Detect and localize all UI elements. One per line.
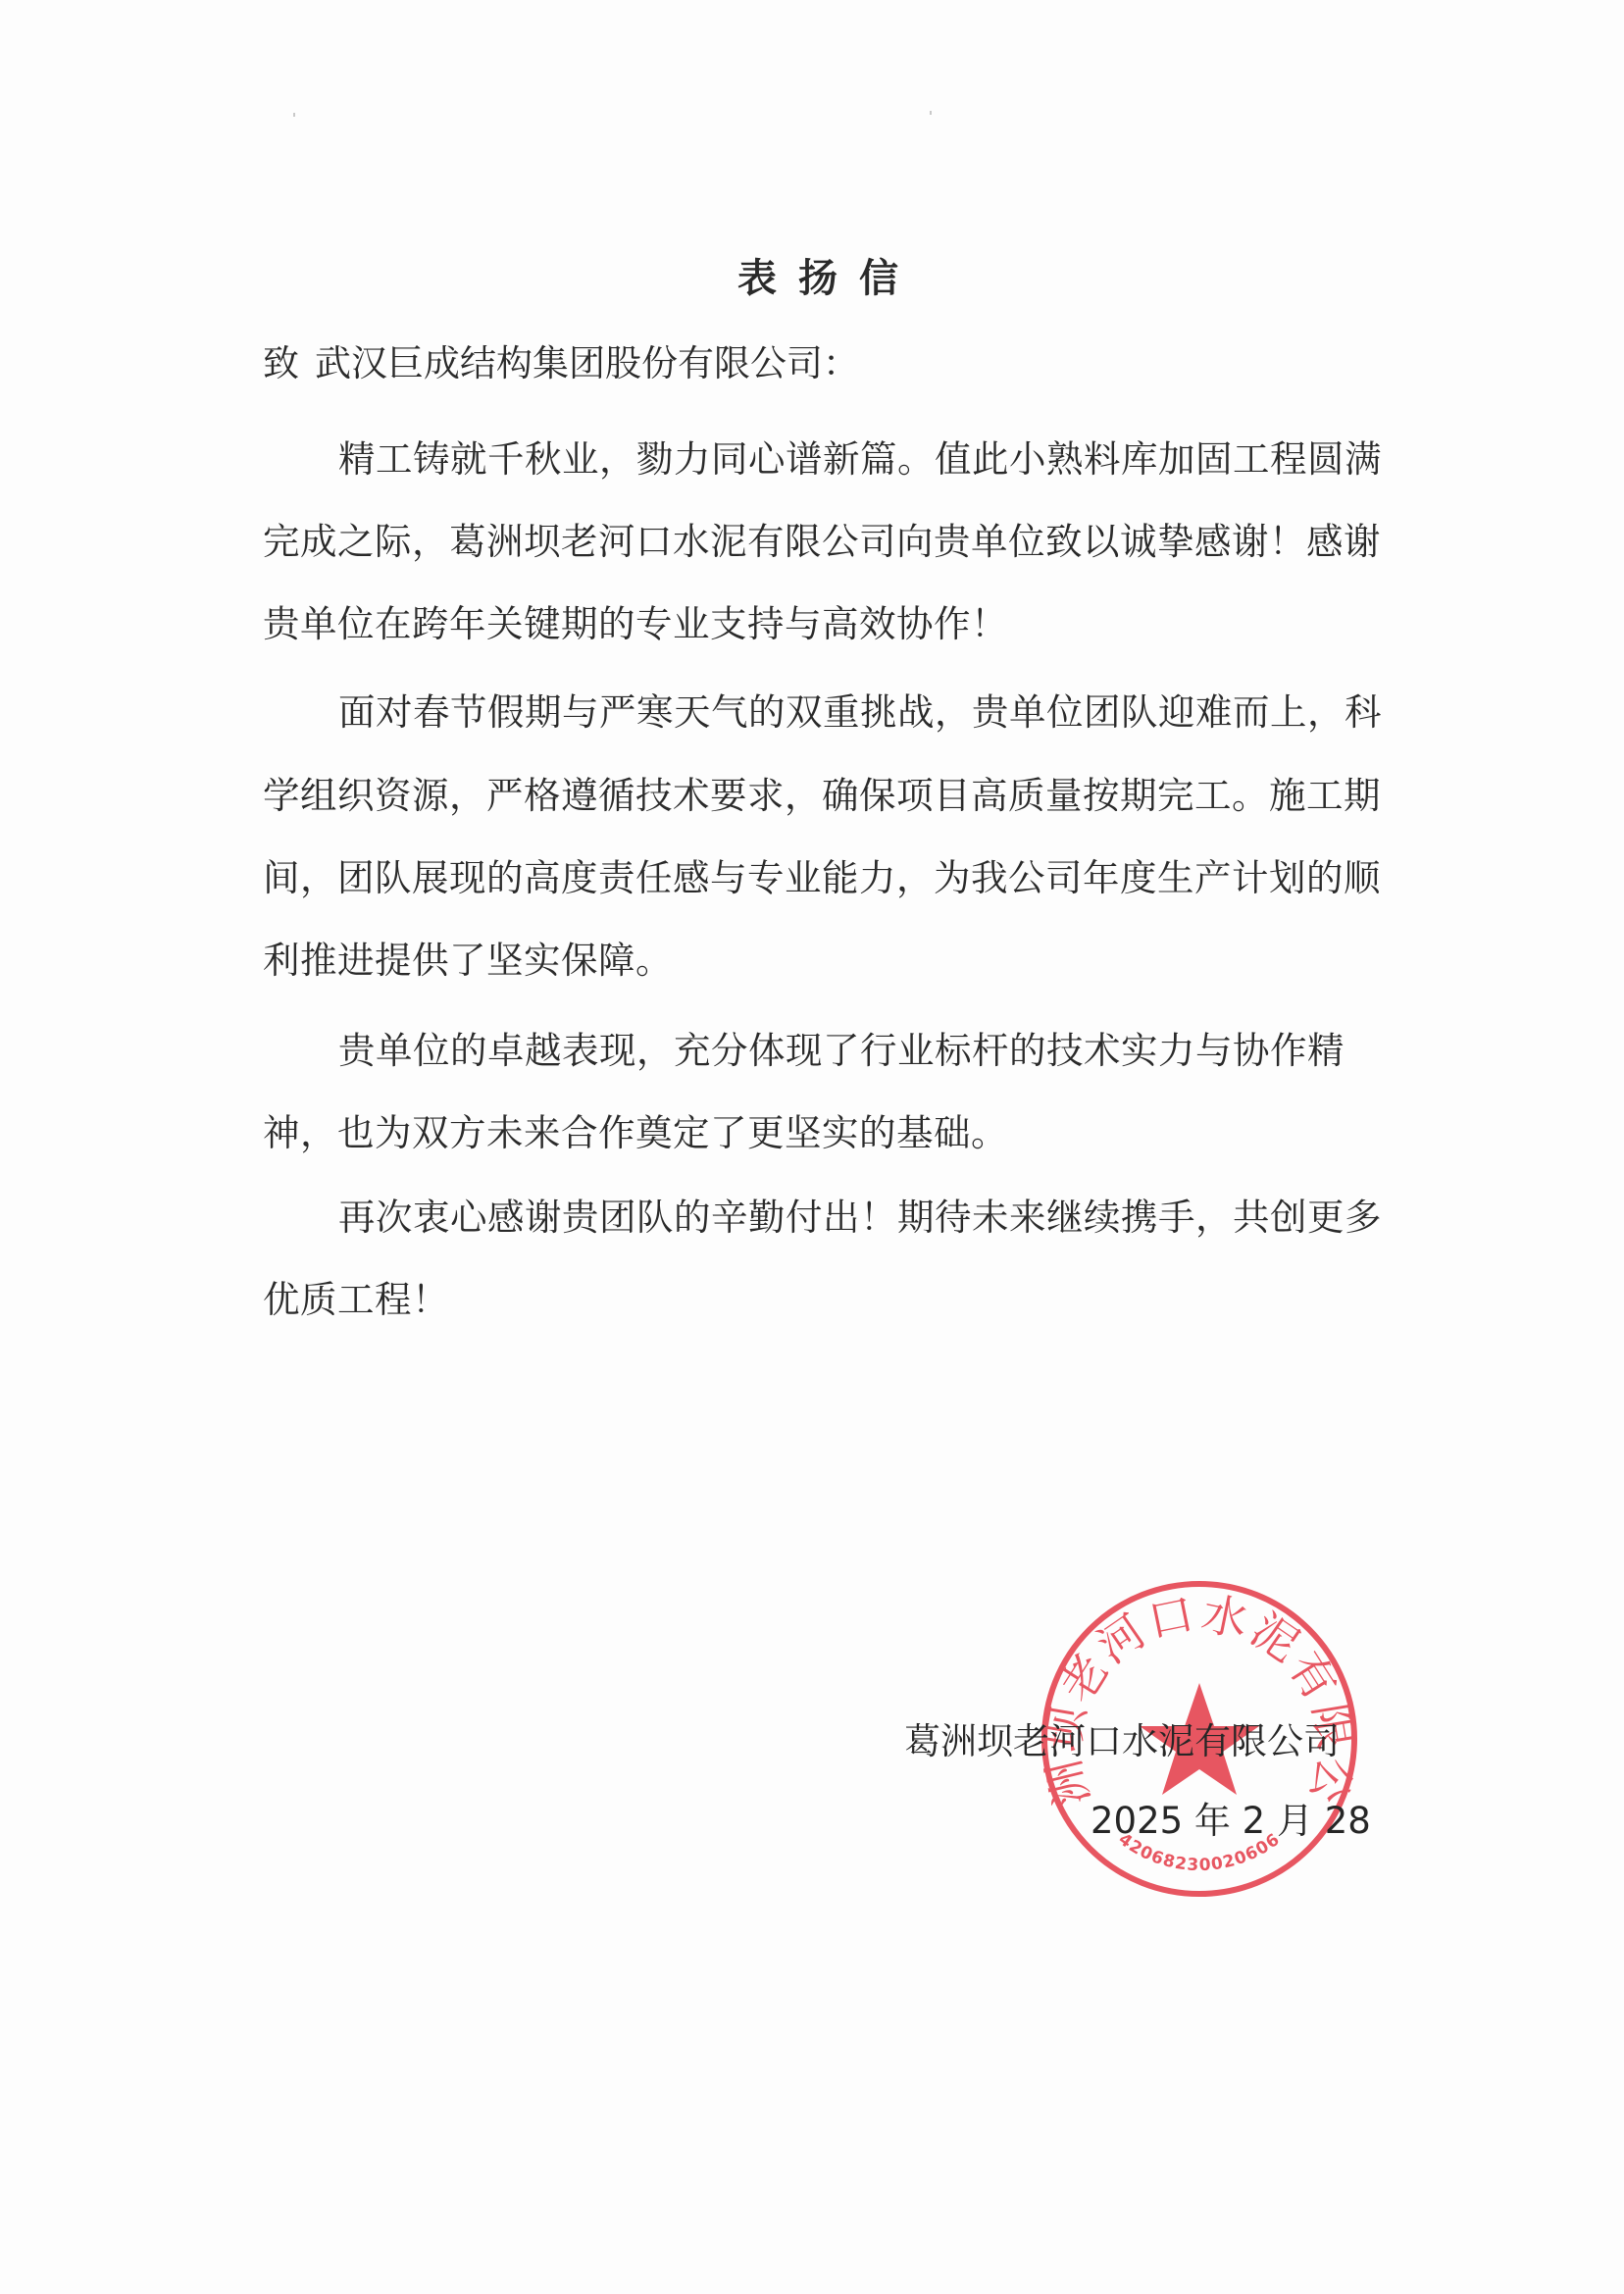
body-line: 优质工程！ [263,1270,449,1323]
scan-speck [293,113,295,117]
body-line: 再次衷心感谢贵团队的辛勤付出！期待未来继续携手，共创更多 [338,1188,1382,1241]
scan-speck [930,111,932,115]
body-line: 贵单位的卓越表现，充分体现了行业标杆的技术实力与协作精 [338,1021,1345,1074]
signature-date: 2025 年 2 月 28 [1091,1791,1371,1844]
body-line: 面对春节假期与严寒天气的双重挑战，贵单位团队迎难而上，科 [338,683,1382,736]
body-line: 学组织资源，严格遵循技术要求，确保项目高质量按期完工。施工期 [263,766,1381,819]
recipient-name: 武汉巨成结构集团股份有限公司： [315,342,859,384]
body-line: 精工铸就千秋业，勠力同心谱新篇。值此小熟料库加固工程圆满 [338,430,1382,483]
letter-page: 表扬信 致武汉巨成结构集团股份有限公司： 精工铸就千秋业，勠力同心谱新篇。值此小… [0,0,1624,2294]
signature-company: 葛洲坝老河口水泥有限公司 [904,1711,1340,1764]
salutation: 致武汉巨成结构集团股份有限公司： [263,333,859,386]
body-line: 贵单位在跨年关键期的专业支持与高效协作！ [263,594,1008,647]
body-line: 间，团队展现的高度责任感与专业能力，为我公司年度生产计划的顺 [263,848,1381,901]
body-line: 完成之际，葛洲坝老河口水泥有限公司向贵单位致以诚挚感谢！感谢 [263,512,1381,565]
salutation-prefix: 致 [263,342,299,384]
body-line: 利推进提供了坚实保障。 [263,931,673,984]
letter-title: 表扬信 [0,247,1624,303]
body-line: 神，也为双方未来合作奠定了更坚实的基础。 [263,1103,1008,1156]
